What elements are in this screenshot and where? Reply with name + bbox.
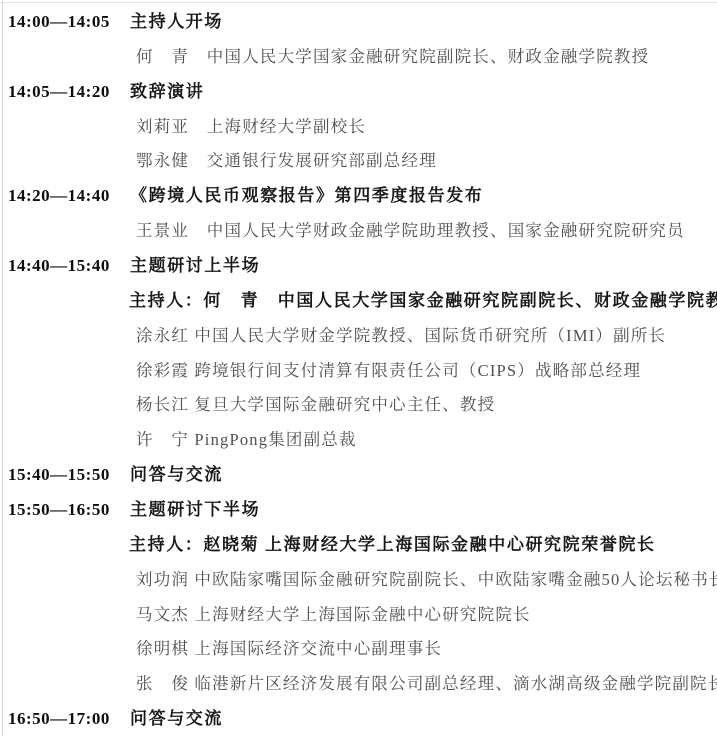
session-title: 问答与交流 (130, 465, 223, 484)
speaker-entry: 刘莉亚 上海财经大学副校长 (136, 117, 366, 136)
agenda-row: 14:00—14:05主持人开场 (0, 5, 717, 40)
agenda-page: 14:00—14:05主持人开场何 青 中国人民大学国家金融研究院副院长、财政金… (0, 0, 717, 736)
agenda-row: 徐彩霞 跨境银行间支付清算有限责任公司（CIPS）战略部总经理 (0, 354, 717, 389)
agenda-row: 15:40—15:50问答与交流 (0, 458, 717, 493)
session-title: 问答与交流 (130, 709, 223, 728)
agenda-row: 16:50—17:00问答与交流 (0, 702, 717, 736)
agenda-row: 杨长江 复旦大学国际金融研究中心主任、教授 (0, 388, 717, 423)
agenda-row: 15:50—16:50主题研讨下半场 (0, 493, 717, 528)
agenda-row: 14:05—14:20致辞演讲 (0, 75, 717, 110)
agenda-row: 张 俊 临港新片区经济发展有限公司副总经理、滴水湖高级金融学院副院长 (0, 667, 717, 702)
session-title: 主持人开场 (130, 12, 223, 31)
time-label: 15:50—16:50 (8, 493, 130, 528)
agenda-row: 王景业 中国人民大学财政金融学院助理教授、国家金融研究院研究员 (0, 214, 717, 249)
speaker-entry: 刘功润 中欧陆家嘴国际金融研究院副院长、中欧陆家嘴金融50人论坛秘书长 (136, 570, 717, 589)
speaker-entry: 杨长江 复旦大学国际金融研究中心主任、教授 (136, 395, 495, 414)
speaker-entry: 马文杰 上海财经大学上海国际金融中心研究院院长 (136, 605, 531, 624)
time-label: 16:50—17:00 (8, 702, 130, 736)
speaker-entry: 何 青 中国人民大学国家金融研究院副院长、财政金融学院教授 (136, 47, 649, 66)
speaker-entry: 鄂永健 交通银行发展研究部副总经理 (136, 151, 437, 170)
time-label: 14:05—14:20 (8, 75, 130, 110)
agenda-row: 14:40—15:40主题研讨上半场 (0, 249, 717, 284)
session-title: 主持人：赵晓菊 上海财经大学上海国际金融中心研究院荣誉院长 (129, 535, 656, 554)
agenda-row: 主持人：何 青 中国人民大学国家金融研究院副院长、财政金融学院教授 (0, 284, 717, 319)
agenda-row: 许 宁 PingPong集团副总裁 (0, 423, 717, 458)
speaker-entry: 徐明棋 上海国际经济交流中心副理事长 (136, 639, 442, 658)
agenda-row: 14:20—14:40《跨境人民币观察报告》第四季度报告发布 (0, 179, 717, 214)
session-title: 主持人：何 青 中国人民大学国家金融研究院副院长、财政金融学院教授 (129, 291, 717, 310)
speaker-entry: 张 俊 临港新片区经济发展有限公司副总经理、滴水湖高级金融学院副院长 (136, 674, 717, 693)
agenda-row: 刘功润 中欧陆家嘴国际金融研究院副院长、中欧陆家嘴金融50人论坛秘书长 (0, 563, 717, 598)
speaker-entry: 许 宁 PingPong集团副总裁 (136, 430, 357, 449)
session-title: 致辞演讲 (130, 82, 204, 101)
speaker-entry: 徐彩霞 跨境银行间支付清算有限责任公司（CIPS）战略部总经理 (136, 361, 641, 380)
session-title: 主题研讨下半场 (130, 500, 260, 519)
agenda-row: 鄂永健 交通银行发展研究部副总经理 (0, 144, 717, 179)
agenda-row: 何 青 中国人民大学国家金融研究院副院长、财政金融学院教授 (0, 40, 717, 75)
agenda-row: 主持人：赵晓菊 上海财经大学上海国际金融中心研究院荣誉院长 (0, 528, 717, 563)
session-title: 主题研讨上半场 (130, 256, 260, 275)
speaker-entry: 王景业 中国人民大学财政金融学院助理教授、国家金融研究院研究员 (136, 221, 685, 240)
session-title: 《跨境人民币观察报告》第四季度报告发布 (130, 186, 483, 205)
agenda-row: 马文杰 上海财经大学上海国际金融中心研究院院长 (0, 598, 717, 633)
agenda-row: 刘莉亚 上海财经大学副校长 (0, 110, 717, 145)
agenda-row: 涂永红 中国人民大学财金学院教授、国际货币研究所（IMI）副所长 (0, 319, 717, 354)
speaker-entry: 涂永红 中国人民大学财金学院教授、国际货币研究所（IMI）副所长 (136, 326, 666, 345)
time-label: 15:40—15:50 (8, 458, 130, 493)
time-label: 14:20—14:40 (8, 179, 130, 214)
agenda-row: 徐明棋 上海国际经济交流中心副理事长 (0, 632, 717, 667)
time-label: 14:00—14:05 (8, 5, 130, 40)
agenda: 14:00—14:05主持人开场何 青 中国人民大学国家金融研究院副院长、财政金… (0, 0, 717, 736)
time-label: 14:40—15:40 (8, 249, 130, 284)
